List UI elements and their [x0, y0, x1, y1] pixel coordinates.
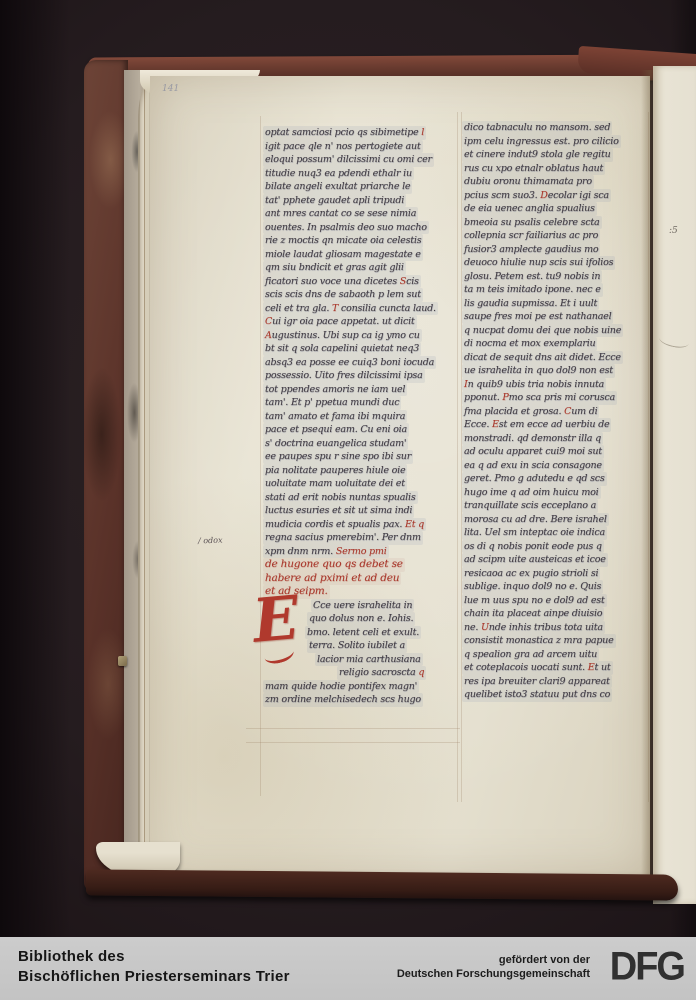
decorated-initial: E — [250, 588, 301, 652]
manuscript-line: lacior mia carthusiana — [315, 653, 423, 667]
book-bottom-binding-edge — [86, 869, 678, 900]
manuscript-line: possessio. Uito fres dilcissimi ipsa — [263, 369, 425, 383]
manuscript-line: rie z moctis qn micate oia celestis — [263, 234, 423, 248]
facing-page-quire-mark: :5 — [669, 226, 678, 236]
manuscript-line: geret. Pmo g adutedu e qd scs — [462, 472, 607, 486]
manuscript-line: deuoco hiulie nup scis sui ifolios — [462, 256, 615, 270]
manuscript-line: bmeoia su psalis celebre scta — [462, 216, 602, 230]
manuscript-line: pponut. Pmo sca pris mi corusca — [462, 391, 617, 405]
manuscript-line: bilate angeli exultat priarche le — [263, 180, 412, 194]
manuscript-line: eloqui possum' dilcissimi cu omi cer — [263, 153, 434, 167]
manuscript-line: Augustinus. Ubi sup ca ig ymo cu — [263, 329, 422, 343]
manuscript-line: fusior3 amplecte gaudius mo — [462, 243, 600, 257]
digitized-manuscript-view: 141 / odox E optat samciosi pcio qs sibi… — [0, 0, 696, 1000]
manuscript-line: chain ita placeat ainpe diuisio — [462, 607, 604, 621]
manuscript-line: lita. Uel sm inteptac oie indica — [462, 526, 607, 540]
funding-note-line2: Deutschen Forschungsgemeinschaft — [397, 967, 590, 981]
manuscript-line: q spealion gra ad arcem uitu — [462, 648, 599, 662]
manuscript-line: de hugone quo qs debet se — [263, 558, 405, 572]
manuscript-line: glosu. Petem est. tu9 nobis in — [462, 270, 602, 284]
manuscript-line: q nucpat domu dei que nobis uine — [462, 324, 623, 338]
manuscript-line: os di q nobis ponit eode pus q — [462, 540, 604, 554]
manuscript-line: pcius scm suo3. Decolar igi sca — [462, 189, 611, 203]
marginal-note: / odox — [198, 536, 223, 546]
manuscript-line: regna sacius pmerebim'. Per dnm — [263, 531, 423, 545]
manuscript-line: quo dolus non e. Iohis. — [307, 612, 415, 626]
folio-number: 141 — [162, 84, 179, 94]
manuscript-line: sublige. inquo dol9 no e. Quis — [462, 580, 603, 594]
manuscript-line: de eia uenec anglia spualius — [462, 202, 597, 216]
book-left-cover-leather — [84, 60, 128, 892]
manuscript-line: terra. Solito iubilet a — [307, 639, 407, 653]
manuscript-line: dicat de sequit dns ait didet. Ecce — [462, 351, 623, 365]
manuscript-line: resicaoa ac ex pugio strioli si — [462, 567, 600, 581]
manuscript-line: quelibet isto3 statuu put dns co — [462, 688, 612, 702]
manuscript-line: ant mres cantat co se sese nimia — [263, 207, 418, 221]
manuscript-line: res ipa breuiter clari9 appareat — [462, 675, 612, 689]
manuscript-line: In quib9 ubis tria nobis innuta — [462, 378, 606, 392]
text-column-right: dico tabnaculu no mansom. sedipm celu in… — [462, 121, 652, 702]
funding-note-line1: gefördert von der — [397, 953, 590, 967]
manuscript-line: rus cu xpo etnalr oblatus haut — [462, 162, 605, 176]
manuscript-line: ee paupes spu r sine spo ibi sur — [263, 450, 413, 464]
manuscript-photo: 141 / odox E optat samciosi pcio qs sibi… — [0, 0, 696, 937]
manuscript-line: Cui igr oia pace appetat. ut dicit — [263, 315, 417, 329]
book-clasp-remnant — [118, 656, 127, 666]
manuscript-line: lis gaudia supmissa. Et i uult — [462, 297, 599, 311]
manuscript-line: igit pace qle n' nos pertogiete aut — [263, 140, 423, 154]
manuscript-line: xpm dnm nrm. Sermo pmi — [263, 545, 389, 559]
manuscript-line: lue m uus spu no e dol9 ad est — [462, 594, 607, 608]
manuscript-line: consistit monastica z mra papue — [462, 634, 616, 648]
manuscript-line: absq3 ea posse ee cuiq3 boni iocuda — [263, 356, 436, 370]
facing-page-pen-stroke — [658, 331, 690, 350]
manuscript-line: luctus esuries et sit ut sima indi — [263, 504, 414, 518]
manuscript-line: tot ppendes amoris ne iam uel — [263, 383, 407, 397]
manuscript-line: mudicia cordis et spualis pax. Et q — [263, 518, 426, 532]
manuscript-page: 141 / odox E optat samciosi pcio qs sibi… — [150, 76, 650, 876]
manuscript-line: religio sacroscta q — [337, 666, 426, 680]
manuscript-line: zm ordine melchisedech scs hugo — [263, 693, 423, 707]
text-column-left: E optat samciosi pcio qs sibimetipe ligi… — [263, 126, 459, 707]
manuscript-line: et coteplacois uocati sunt. Et ut — [462, 661, 613, 675]
background-shadow-left — [0, 0, 70, 937]
manuscript-line: scis scis dns de sabaoth p lem sut — [263, 288, 423, 302]
manuscript-line: collepnia scr failiarius ac pro — [462, 229, 600, 243]
manuscript-line: tam' amato et fama ibi mquira — [263, 410, 407, 424]
manuscript-line: monstradi. qd demonstr illa q — [462, 432, 603, 446]
library-name-line2: Bischöflichen Priesterseminars Trier — [18, 967, 290, 987]
manuscript-line: ta m teis imitado ipone. nec e — [462, 283, 603, 297]
manuscript-line: uoluitate mam uoluitate dei et — [263, 477, 407, 491]
manuscript-line: miole laudat gliosam magestate e — [263, 248, 423, 262]
facing-page-margin: :5 — [653, 66, 696, 904]
manuscript-line: titudie nuq3 ea pdendi ethalr iu — [263, 167, 414, 181]
manuscript-line: bt sit q sola capelini quietat neq3 — [263, 342, 421, 356]
manuscript-line: bmo. letent celi et exult. — [305, 626, 421, 640]
manuscript-line: dico tabnaculu no mansom. sed — [462, 121, 612, 135]
manuscript-line: ipm celu ingressus est. pro cilicio — [462, 135, 621, 149]
manuscript-line: stati ad erit nobis nuntas spualis — [263, 491, 418, 505]
manuscript-line: hugo ime q ad oim huicu moi — [462, 486, 601, 500]
manuscript-line: ad oculu apparet cui9 moi sut — [462, 445, 604, 459]
manuscript-line: qm siu bndicit et gras agit glii — [263, 261, 406, 275]
manuscript-line: saupe fres moi pe est nathanael — [462, 310, 613, 324]
ruling-line — [246, 728, 460, 729]
manuscript-line: mam quide hodie pontifex magn' — [263, 680, 419, 694]
manuscript-line: celi et tra gla. T consilia cuncta laud. — [263, 302, 438, 316]
manuscript-line: Cce uere israhelita in — [311, 599, 414, 613]
ruling-line — [260, 116, 261, 796]
manuscript-line: optat samciosi pcio qs sibimetipe l — [263, 126, 426, 140]
manuscript-line: ouentes. In psalmis deo suo macho — [263, 221, 429, 235]
manuscript-line: pia nolitate pauperes hiule oie — [263, 464, 407, 478]
manuscript-line: pace et psequi eam. Cu eni oia — [263, 423, 409, 437]
manuscript-line: ne. Unde inhis tribus tota uita — [462, 621, 605, 635]
manuscript-line: et cinere indut9 stola gle regitu — [462, 148, 613, 162]
manuscript-line: ficatori suo voce una dicetes Scis — [263, 275, 421, 289]
manuscript-line: ea q ad exu in scia consagone — [462, 459, 604, 473]
manuscript-line: habere ad pximi et ad deu — [263, 572, 401, 586]
manuscript-line: dubiu oronu thimamata pro — [462, 175, 594, 189]
manuscript-line: tranquillate scis ecceplano a — [462, 499, 598, 513]
manuscript-line: di nocma et mox exemplariu — [462, 337, 597, 351]
library-banner: Bibliothek des Bischöflichen Priestersem… — [0, 937, 696, 1000]
library-name-line1: Bibliothek des — [18, 947, 290, 967]
manuscript-line: s' doctrina euangelica studam' — [263, 437, 408, 451]
manuscript-line: ue israhelita in quo dol9 non est — [462, 364, 615, 378]
ruling-line — [246, 742, 460, 743]
dfg-logo: DFG — [610, 942, 684, 992]
manuscript-line: fma placida et grosa. Cum di — [462, 405, 599, 419]
manuscript-line: Ecce. Est em ecce ad uerbiu de — [462, 418, 611, 432]
manuscript-line: ad scipm uite austeicas et icoe — [462, 553, 608, 567]
manuscript-line: morosa cu ad dre. Bere israhel — [462, 513, 609, 527]
manuscript-line: tat' pphete gaudet apli tripudi — [263, 194, 406, 208]
funding-note: gefördert von der Deutschen Forschungsge… — [397, 953, 590, 981]
manuscript-line: tam'. Et p' ppetua mundi duc — [263, 396, 401, 410]
library-name: Bibliothek des Bischöflichen Priestersem… — [18, 947, 290, 987]
